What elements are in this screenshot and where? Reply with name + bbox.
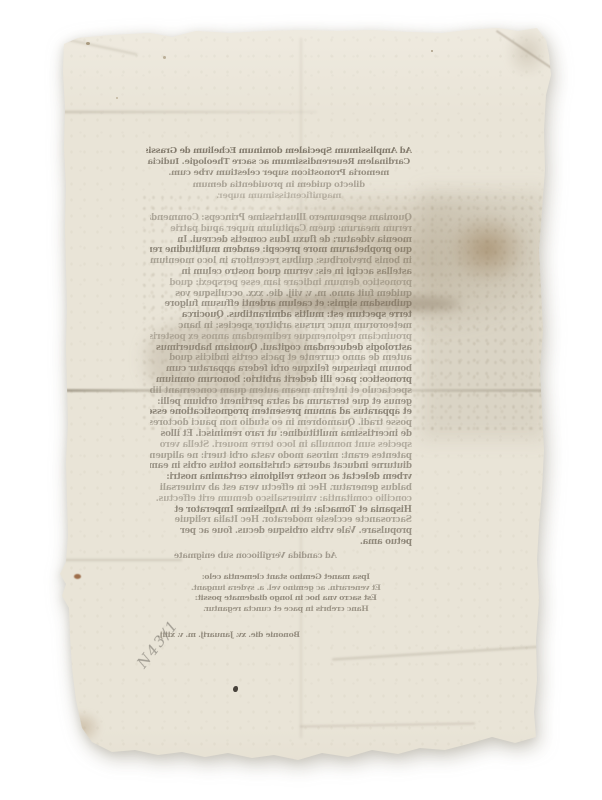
text-line: pronostico: pace illi dederit arbitrio: … [150,375,412,386]
text-line: Et venerarin. ac gemino vel. a. sydera i… [186,583,386,594]
foxing-speck [431,50,433,52]
body-text-block: Quoniam sepenumero Illustrissime Princep… [150,213,412,548]
bottom-right-crease [332,646,544,661]
text-line: Cardinalem Reuerendissimum ac sacre Theo… [146,157,412,168]
pencil-annotation-text: N43/1 [133,585,206,672]
pencil-annotation: N43/1 [100,592,196,682]
cento-heading: Ad candida Vergiliocon sub enigmate [168,550,343,560]
text-line: memoria Pronosticon super celestium vrbe… [146,168,412,179]
red-brown-fleck [74,574,81,579]
text-line: Hispania et Tomacla: et in Anglissime Im… [150,505,412,516]
foxing-speck [116,97,118,99]
text-line: prouinciam regionemque redimendam annos … [150,332,412,343]
text-line: magnificentissimum nuper. [146,191,412,202]
text-line: et apparatus ad annum presentem prognost… [150,407,412,418]
text-line: baldus generatur. Hec in effectu vera es… [150,483,412,494]
cento-verse-block: Ipsa manet Gemino stant clementia celo:E… [186,572,386,615]
top-right-corner-shading [505,26,550,78]
text-line: patentes erant: mirosa modo vasta orbi t… [150,451,412,462]
text-line: Quoniam sepenumero Illustrissime Princep… [150,213,412,224]
text-line: genus et que terrarum ad astra pertinent… [150,397,412,408]
paper-leaf: Ad Amplissimum Specialem dominum Echeliu… [0,0,602,800]
foxing-speck [163,56,166,59]
text-line: meteororum nunc rursus arbitror species:… [150,321,412,332]
text-line: de incertissima multitudine: ut raro rem… [150,429,412,440]
title-block: Ad Amplissimum Specialem dominum Echeliu… [146,146,412,202]
text-line: posse tradi. Quamobrem in eo studio non … [150,418,412,429]
text-line: Ad Amplissimum Specialem dominum Echeliu… [146,146,412,157]
ink-spot [233,686,238,692]
text-line: astrologis deducendam cogitaui. Quoniam … [150,343,412,354]
text-line: Sacrosancte ecclesie moderator. Hec Ital… [150,515,412,526]
text-line: astellas accipi in eis: verum quod nostr… [150,267,412,278]
dark-stain-blotch [448,214,528,284]
lower-left-crease [62,559,182,561]
bottom-crease [300,722,475,727]
text-line: vrbem delectat ac nostre religionis cert… [150,472,412,483]
text-line: species sunt nonnulla in loco terre moue… [150,440,412,451]
foxing-speck [86,42,90,45]
text-line: quibusdam signis: et caelum ardenti effu… [150,299,412,310]
text-line: spectaculo et interim meam autem quam co… [150,386,412,397]
bottom-left-corner-stain [62,710,102,744]
top-right-corner-crease [496,30,555,71]
right-tone-shading [420,190,546,440]
upper-fold-crease [62,111,317,113]
text-line: autem de anno currente et pacis certis i… [150,353,412,364]
top-left-corner-crease [67,39,138,56]
photo-background: Ad Amplissimum Specialem dominum Echeliu… [0,0,602,800]
text-line: in bonis brevioribus: quibus recentiora … [150,256,412,267]
text-line: Ipsa manet Gemino stant clementia celo: [186,572,386,583]
text-line: quo prophetarum more precepi: eandem mul… [150,245,412,256]
text-line: dilecto quidem in prouidentia demum [146,180,412,191]
paper-sheet: Ad Amplissimum Specialem dominum Echeliu… [0,0,602,800]
text-line: bonum ipsiusque felixque orbi federa app… [150,364,412,375]
text-line: terre spectum est: multis admirantibus. … [150,310,412,321]
text-line: Est sacro vna hoc in longo diademate pos… [186,593,386,604]
text-line: diuturne inducat aduersa christianos tot… [150,461,412,472]
text-line: petuo ama. [150,537,412,548]
text-line: quidem fuit anno. m. v. viij. die. xxx. … [150,289,412,300]
edge-stain [70,731,84,739]
text-line: Hanc crebris in pace et cuncta regantur. [186,604,386,615]
text-line: propulsare. Vale vrbis orbisque decus. f… [150,526,412,537]
text-line: pronostico demum indicare iam esse persp… [150,278,412,289]
text-line: concilio comitantia: vniuersalisco demum… [150,494,412,505]
text-line: moenia videatur: de fluxu Idus cometis d… [150,235,412,246]
text-line: rerum mearum: quem Capitulum nuper apud … [150,224,412,235]
